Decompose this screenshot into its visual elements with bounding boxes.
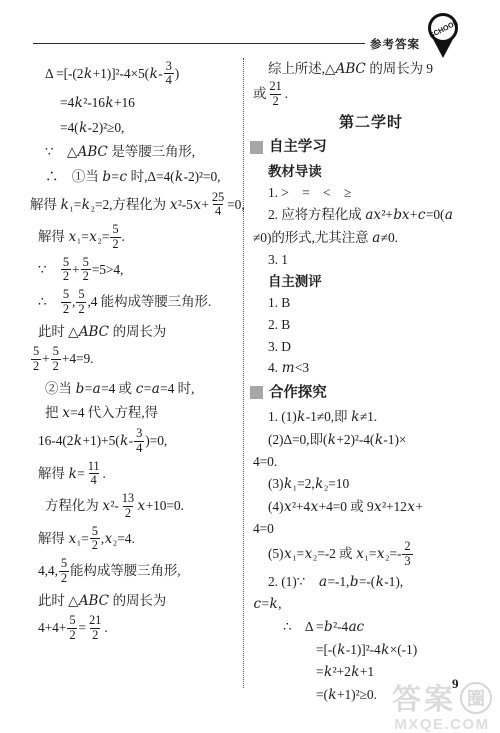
content-line: ∴ Δ =b²-4ac xyxy=(283,617,489,637)
content-line: ∴ 52,52,4 能构成等腰三角形. xyxy=(38,289,241,317)
page-title: 参考答案 xyxy=(370,36,420,52)
section-bullet-icon xyxy=(250,386,263,399)
section-bullet-icon xyxy=(250,141,263,154)
content-line: 此时 △ABC 的周长为 xyxy=(38,322,241,342)
section-title-label: 自主学习 xyxy=(269,137,327,158)
column-divider xyxy=(243,58,244,688)
content-line: 4. m<3 xyxy=(268,358,489,378)
content-line: ∵ △ABC 是等腰三角形, xyxy=(45,142,241,162)
content-line: =[-(k-1)]²-4k×(-1) xyxy=(316,640,489,660)
content-line: 1. > = < ≥ xyxy=(268,183,489,202)
fraction: 34 xyxy=(134,427,144,455)
fraction: 132 xyxy=(120,492,136,520)
content-line: c=k, xyxy=(253,594,489,614)
content-line: 解得 x₁=52,x₂=4. xyxy=(38,526,241,554)
content-line: 1. B xyxy=(268,293,489,312)
content-line: ②当 b=a=4 或 c=a=4 时, xyxy=(45,379,241,399)
watermark-text: 答案 xyxy=(392,677,456,718)
content-line: Δ =[-(2k+1)]²-4×5(k-34) xyxy=(45,61,241,89)
fraction: 52 xyxy=(59,557,69,585)
fraction: 23 xyxy=(402,540,412,568)
content-line: =4k²-16k+16 xyxy=(60,93,241,113)
fraction: 114 xyxy=(86,460,102,488)
content-line: 2. (1)∵ a=-1,b=-(k-1), xyxy=(268,572,489,592)
section-title-label: 合作探究 xyxy=(269,383,327,404)
content-line: =4(k-2)²≥0, xyxy=(60,118,241,138)
content-line: 3. D xyxy=(268,337,489,356)
content-line: 1. (1)k-1≠0,即 k≠1. xyxy=(268,407,489,427)
content-line: 2. B xyxy=(268,315,489,334)
content-line: 教材导读 xyxy=(268,162,489,181)
fraction: 212 xyxy=(87,614,103,642)
content-line: 16-4(2k+1)+5(k-34)=0, xyxy=(38,428,241,456)
section-title: 自主学习 xyxy=(250,137,489,158)
fraction: 52 xyxy=(51,345,61,373)
fraction: 52 xyxy=(67,614,77,642)
content-line: 此时 △ABC 的周长为 xyxy=(38,591,241,611)
school-pin-logo: SCHOOL xyxy=(422,10,464,60)
content-line: 方程化为 x²-132x+10=0. xyxy=(45,493,241,521)
content-line: 自主测评 xyxy=(268,272,489,291)
content-line: 52+52+4=9. xyxy=(30,346,241,374)
content-line: 4+4+52=212. xyxy=(38,615,241,643)
watermark-circle-icon: 圈 xyxy=(460,682,492,714)
content-line: 或212. xyxy=(253,81,489,109)
content-line: ≠0)的形式,尤其注意 a≠0. xyxy=(253,228,489,248)
fraction: 212 xyxy=(267,80,283,108)
fraction: 52 xyxy=(61,256,71,284)
section-title: 合作探究 xyxy=(250,383,489,404)
content-line: 4,4,52能构成等腰三角形, xyxy=(38,558,241,586)
content-line: 2. 应将方程化成 ax²+bx+c=0(a xyxy=(268,205,489,225)
content-line: 解得 x₁=x₂=52. xyxy=(38,224,241,252)
fraction: 34 xyxy=(164,60,174,88)
lesson-heading: 第二学时 xyxy=(253,112,489,133)
left-column: Δ =[-(2k+1)]²-4×5(k-34)=4k²-16k+16=4(k-2… xyxy=(30,56,241,648)
content-line: (2)Δ=0,即(k+2)²-4(k-1)× xyxy=(268,430,489,450)
content-line: 4=0 xyxy=(253,519,489,538)
content-line: 解得 k=114. xyxy=(38,461,241,489)
location-pin-icon: SCHOOL xyxy=(422,10,464,60)
content-line: (5)x₁=x₂=-2 或 x₁=x₂=-23 xyxy=(268,541,489,569)
content-line: 解得 k₁=k₂=2,方程化为 x²-5x+254=0, xyxy=(30,192,241,220)
watermark: 答案 圈 MXQE.COM xyxy=(392,677,492,733)
content-line: 4=0. xyxy=(253,452,489,471)
header-rule xyxy=(33,43,365,44)
content-line: (4)x²+4x+4=0 或 9x²+12x+ xyxy=(268,497,489,517)
fraction: 52 xyxy=(31,345,41,373)
fraction: 52 xyxy=(110,223,120,251)
fraction: 52 xyxy=(90,525,100,553)
fraction: 52 xyxy=(81,256,91,284)
content-line: 把 x=4 代入方程,得 xyxy=(45,403,241,423)
right-column: 综上所述,△ABC 的周长为 9或212.第二学时自主学习教材导读1. > = … xyxy=(253,56,489,708)
content-line: (3)k₁=2,k₂=10 xyxy=(268,474,489,494)
content-line: 综上所述,△ABC 的周长为 9 xyxy=(268,59,489,79)
content-line: ∴ ①当 b=c 时,Δ=4(k-2)²=0, xyxy=(45,167,241,187)
content-line: ∵ 52+52=5>4, xyxy=(38,257,241,285)
watermark-site: MXQE.COM xyxy=(392,716,492,733)
fraction: 52 xyxy=(76,288,86,316)
fraction: 254 xyxy=(210,191,226,219)
watermark-row: 答案 圈 xyxy=(392,677,492,718)
fraction: 52 xyxy=(61,288,71,316)
content-line: 3. 1 xyxy=(268,250,489,269)
